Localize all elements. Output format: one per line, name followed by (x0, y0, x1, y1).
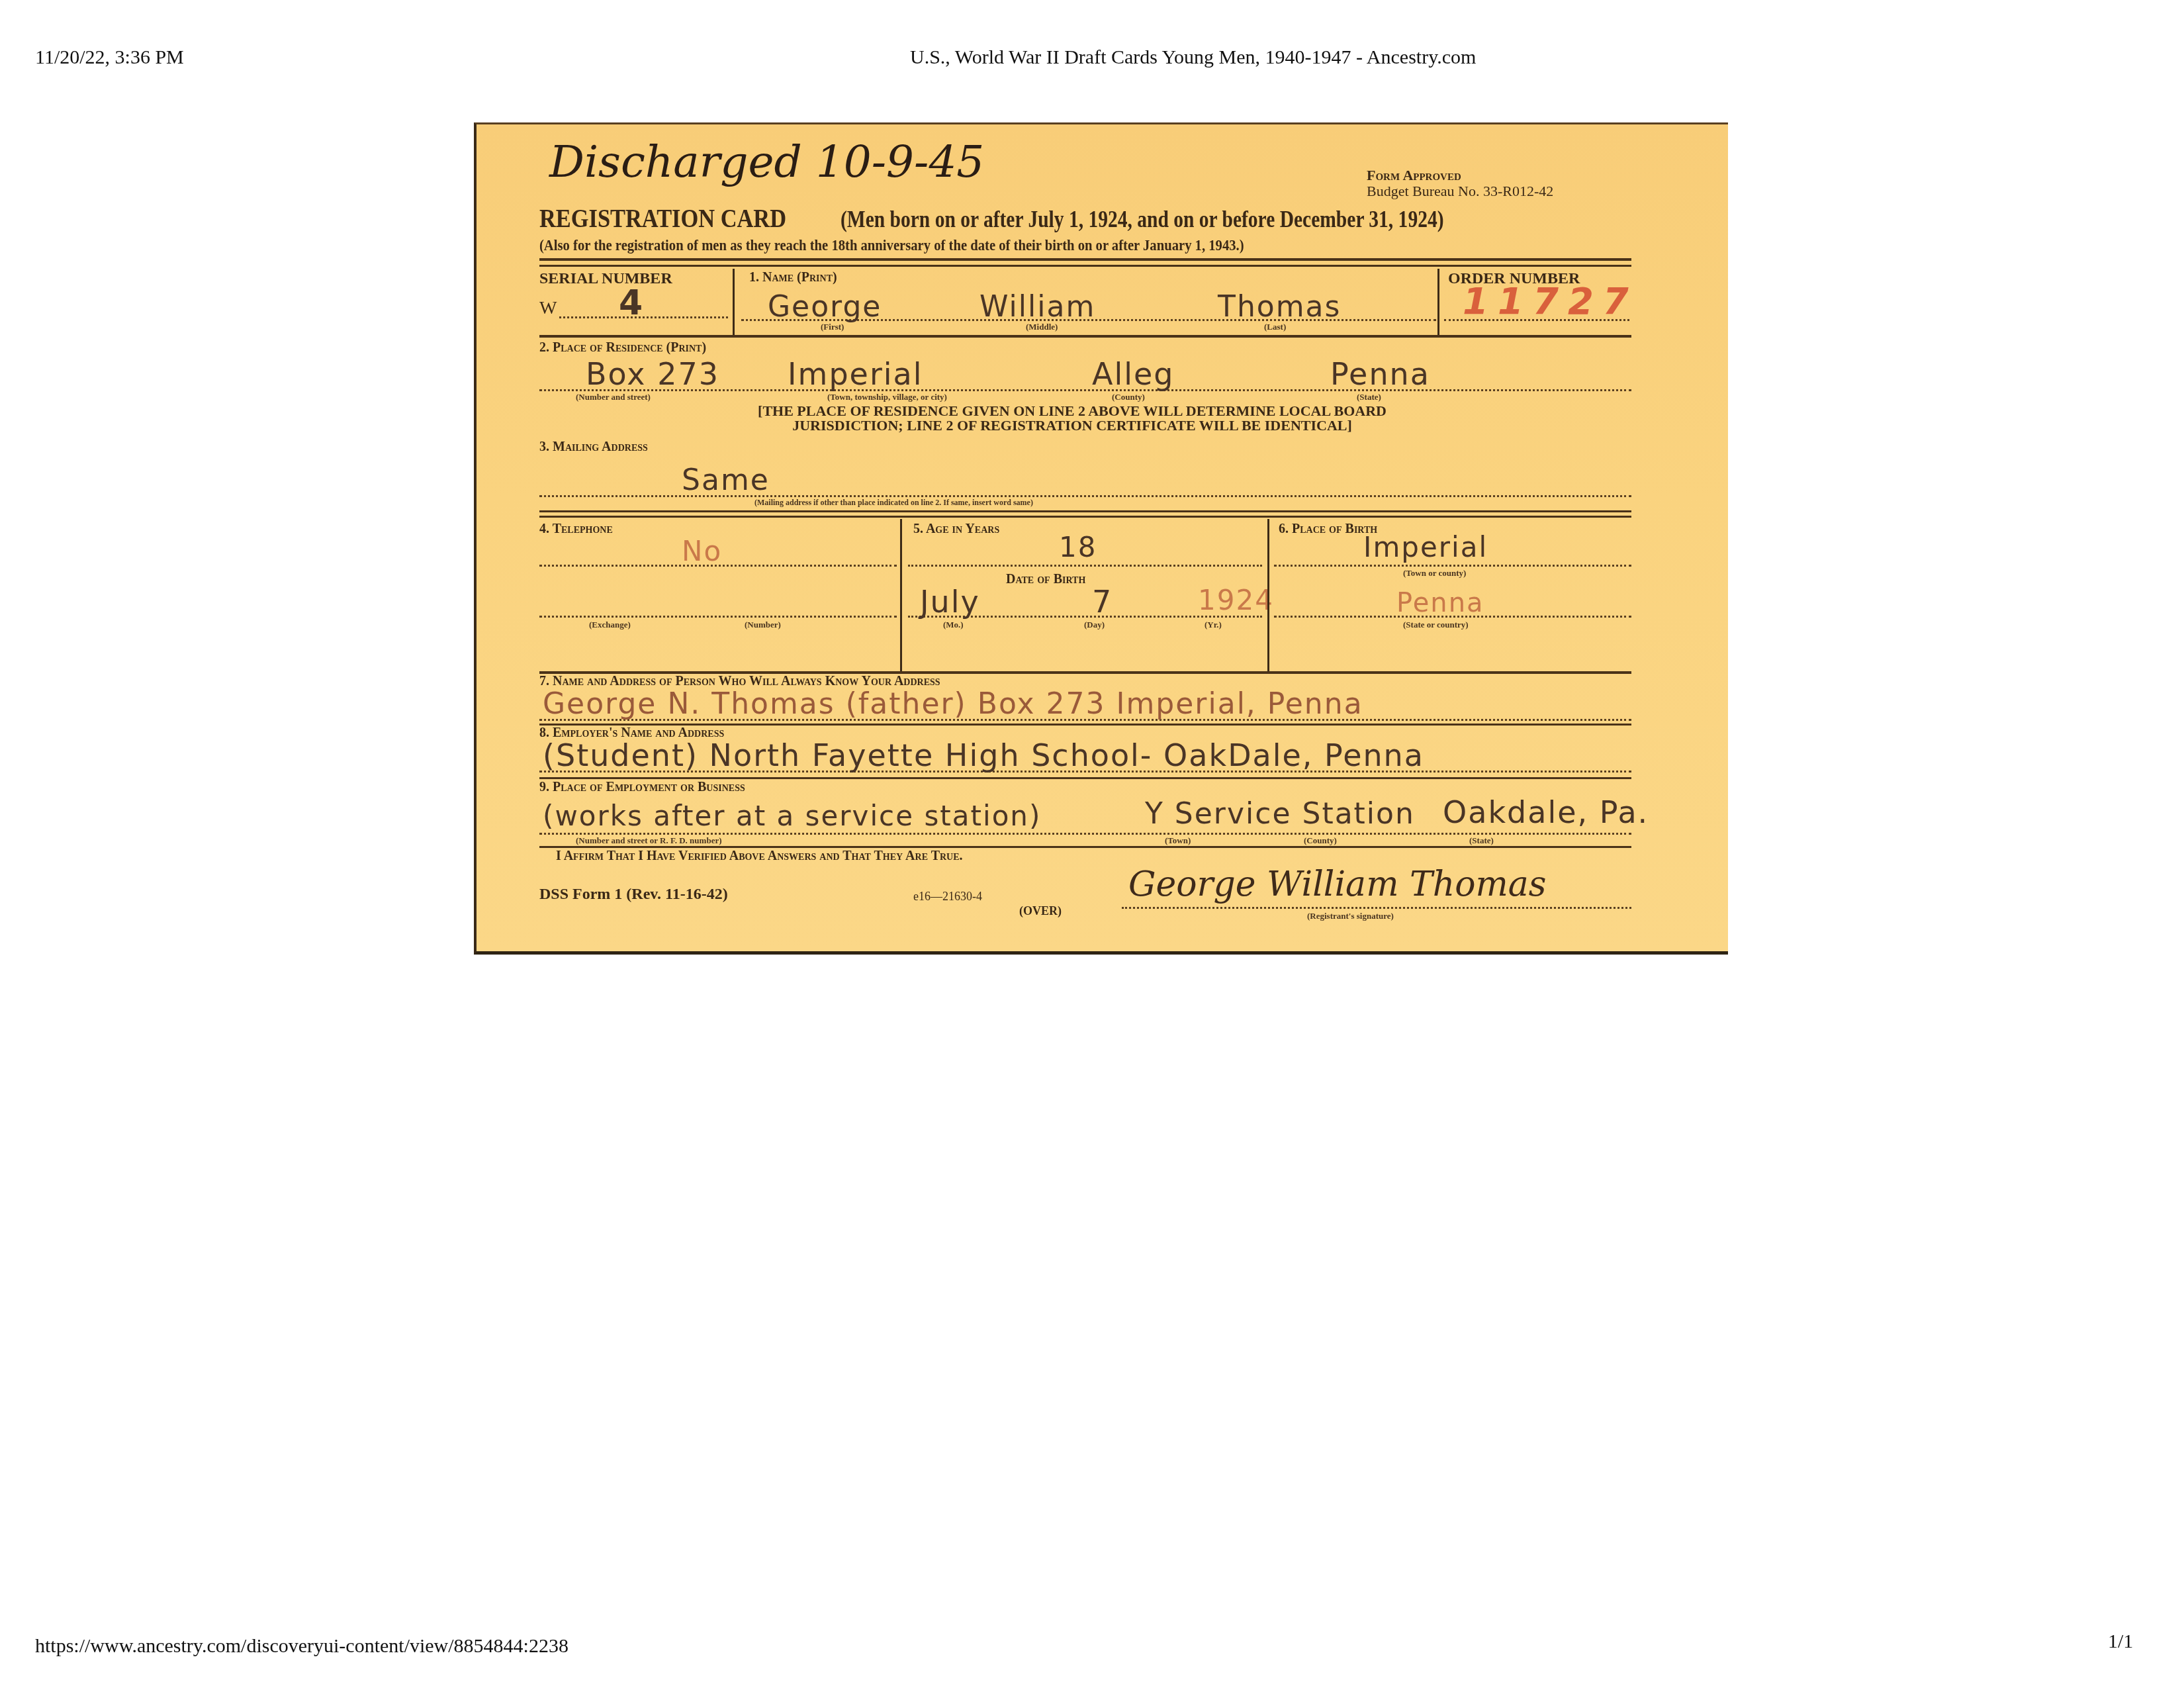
name-label: 1. Name (Print) (749, 270, 837, 285)
employment-place-town: Y Service Station (1145, 797, 1415, 831)
name-first: George (768, 290, 882, 324)
residence-county-sublabel: (County) (1112, 392, 1145, 402)
employment-state-sublabel: (State) (1469, 835, 1494, 846)
telephone-value: No (682, 535, 722, 567)
residence-street: Box 273 (586, 356, 719, 392)
telephone-number-sublabel: (Number) (745, 620, 781, 630)
dob-month-sublabel: (Mo.) (943, 620, 964, 630)
residence-county: Alleg (1092, 356, 1175, 392)
dob-year: 1924 (1198, 584, 1274, 616)
birthplace-state-sublabel: (State or country) (1403, 620, 1469, 630)
serial-number-value: 4 (619, 283, 644, 323)
dob-year-sublabel: (Yr.) (1205, 620, 1222, 630)
print-code: e16—21630-4 (913, 890, 982, 904)
mailing-address-label: 3. Mailing Address (539, 440, 648, 455)
card-subtitle: (Also for the registration of men as the… (539, 237, 1244, 255)
card-title: REGISTRATION CARD (539, 203, 786, 234)
serial-number-label: SERIAL NUMBER (539, 270, 672, 288)
employment-place-street: (works after at a service station) (543, 800, 1041, 832)
name-middle-sublabel: (Middle) (1026, 322, 1058, 332)
residence-street-sublabel: (Number and street) (576, 392, 651, 402)
age-value: 18 (1059, 531, 1097, 563)
card-title-note: (Men born on or after July 1, 1924, and … (841, 205, 1443, 233)
date-of-birth-label: Date of Birth (1006, 572, 1085, 587)
mailing-address-value: Same (682, 463, 770, 497)
residence-state: Penna (1330, 356, 1430, 392)
contact-person-value: George N. Thomas (father) Box 273 Imperi… (543, 687, 1363, 721)
dob-day: 7 (1092, 584, 1113, 620)
residence-town: Imperial (788, 356, 923, 392)
serial-prefix: W (539, 298, 557, 319)
residence-note-line2: JURISDICTION; LINE 2 OF REGISTRATION CER… (556, 417, 1588, 434)
residence-town-sublabel: (Town, township, village, or city) (827, 392, 947, 402)
employer-value: (Student) North Fayette High School- Oak… (543, 737, 1424, 773)
telephone-label: 4. Telephone (539, 522, 613, 537)
employment-place-label: 9. Place of Employment or Business (539, 780, 745, 795)
birthplace-label: 6. Place of Birth (1279, 522, 1377, 537)
employment-place-state: Oakdale, Pa. (1443, 794, 1649, 830)
telephone-exchange-sublabel: (Exchange) (589, 620, 631, 630)
print-page-title: U.S., World War II Draft Cards Young Men… (910, 46, 1476, 69)
mailing-address-sublabel: (Mailing address if other than place ind… (754, 498, 1033, 508)
print-page-number: 1/1 (2108, 1630, 2133, 1653)
budget-bureau-number: Budget Bureau No. 33-R012-42 (1367, 183, 1553, 200)
registrant-signature: George William Thomas (1128, 865, 1546, 904)
name-middle: William (979, 290, 1095, 324)
birthplace-state: Penna (1396, 588, 1484, 618)
affirmation-text: I Affirm That I Have Verified Above Answ… (556, 849, 963, 864)
birthplace-town: Imperial (1363, 531, 1488, 563)
order-number-value: 11727 (1463, 280, 1638, 323)
print-url: https://www.ancestry.com/discoveryui-con… (35, 1635, 569, 1658)
residence-label: 2. Place of Residence (Print) (539, 340, 706, 355)
name-last: Thomas (1218, 290, 1341, 324)
name-last-sublabel: (Last) (1264, 322, 1286, 332)
dob-day-sublabel: (Day) (1084, 620, 1105, 630)
over-label: (OVER) (1019, 904, 1062, 918)
birthplace-town-sublabel: (Town or county) (1403, 568, 1466, 579)
print-datetime: 11/20/22, 3:36 PM (35, 46, 184, 69)
signature-sublabel: (Registrant's signature) (1307, 911, 1394, 921)
employment-street-sublabel: (Number and street or R. F. D. number) (576, 835, 722, 846)
age-label: 5. Age in Years (913, 522, 999, 537)
name-first-sublabel: (First) (821, 322, 844, 332)
employment-town-sublabel: (Town) (1165, 835, 1191, 846)
form-approved-label: Form Approved (1367, 167, 1461, 184)
employment-county-sublabel: (County) (1304, 835, 1337, 846)
dob-month: July (920, 584, 980, 620)
residence-state-sublabel: (State) (1357, 392, 1381, 402)
discharged-annotation: Discharged 10-9-45 (549, 136, 984, 187)
form-id: DSS Form 1 (Rev. 11-16-42) (539, 886, 728, 904)
registration-card-image: Discharged 10-9-45 Form Approved Budget … (474, 122, 1728, 955)
